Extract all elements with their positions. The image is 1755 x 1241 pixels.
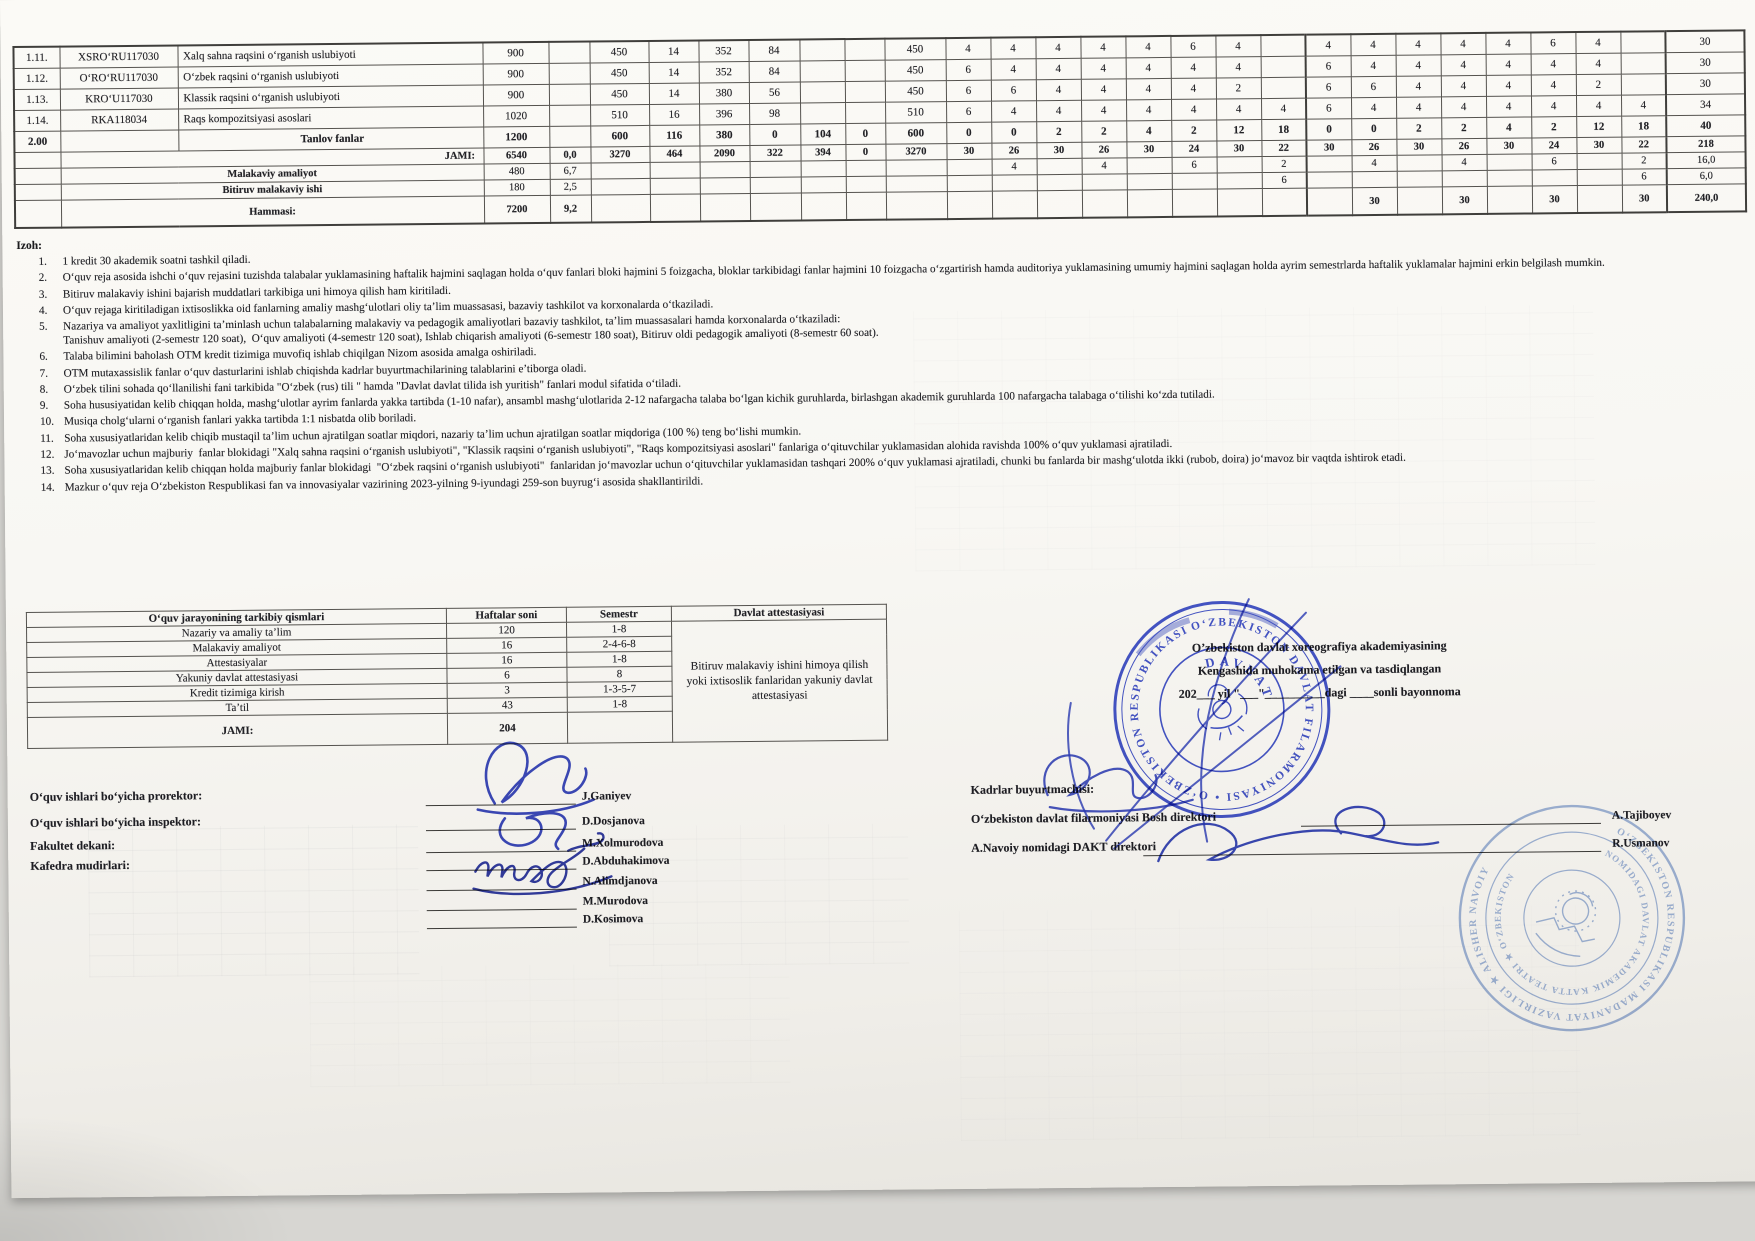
table-cell xyxy=(1127,173,1172,189)
table-cell: 450 xyxy=(885,81,946,103)
table-cell: 6 xyxy=(1172,157,1217,173)
label-kafedra: Kafedra mudirlari: xyxy=(30,858,130,874)
note-text: Musiqa cholg‘ularni o‘rganish fanlari ya… xyxy=(64,413,416,430)
table-cell: 1.13. xyxy=(14,89,60,110)
table-cell: 4 xyxy=(1396,55,1441,76)
table-cell: 4 xyxy=(1080,36,1125,58)
table-cell: 6 xyxy=(946,101,991,122)
note-text: 1 kredit 30 akademik soatni tashkil qila… xyxy=(62,254,250,270)
table-cell xyxy=(992,191,1037,219)
table-cell: 2 xyxy=(1036,121,1081,142)
table-cell: 6 xyxy=(447,667,567,683)
table-cell: 4 xyxy=(992,159,1037,175)
table-cell: 4 xyxy=(1395,33,1440,55)
table-cell: 322 xyxy=(749,145,800,161)
table-cell: 4 xyxy=(945,38,990,60)
table-cell: 2.00 xyxy=(14,131,60,152)
table-cell: 6 xyxy=(1170,36,1215,58)
curriculum-table: 1.11.XSRO‘RU117030Xalq sahna raqsini o‘r… xyxy=(12,29,1747,229)
table-cell: 0 xyxy=(749,124,800,145)
scanned-curriculum-document: { "doc": { "izoh_title": "Izoh:", "notes… xyxy=(0,0,1755,1241)
table-cell: 18 xyxy=(1621,116,1666,137)
table-cell xyxy=(1217,173,1262,189)
label-kadrlar: Kadrlar buyurtmachisi: xyxy=(971,782,1095,798)
table-cell xyxy=(700,193,750,221)
table-cell: 2,5 xyxy=(550,179,591,195)
table-cell xyxy=(1082,174,1127,190)
table-cell xyxy=(1397,171,1442,187)
table-cell xyxy=(591,178,650,195)
stamp-ring-text: O‘ZBEKISTON RESPUBLIKASI MADANIYAT VAZIR… xyxy=(1446,797,1698,1039)
table-cell: 0 xyxy=(1351,118,1396,139)
table-cell: 4 xyxy=(1081,79,1126,100)
table-cell xyxy=(650,162,700,178)
table-cell: 4 xyxy=(1531,54,1576,75)
table-cell: 4 xyxy=(1442,154,1487,170)
table-cell xyxy=(549,63,590,84)
signature-row: M.Xolmurodova xyxy=(426,833,663,849)
table-cell: 4 xyxy=(1171,57,1216,78)
table-cell: 12 xyxy=(1216,120,1261,141)
table-cell xyxy=(567,711,672,743)
table-cell: 4 xyxy=(1126,57,1171,78)
table-cell: 30 xyxy=(1396,139,1441,155)
notes-section: Izoh: 1.1 kredit 30 akademik soatni tash… xyxy=(16,223,1746,498)
table-cell xyxy=(1307,172,1352,188)
column-header: Semestr xyxy=(566,606,671,622)
table-cell: 450 xyxy=(590,83,649,105)
table-cell: 4 xyxy=(990,37,1035,59)
table-cell xyxy=(591,162,650,179)
signatory-name: N.Alimdjanova xyxy=(582,875,657,888)
table-cell: 352 xyxy=(698,40,748,62)
table-cell xyxy=(1532,170,1577,186)
table-cell xyxy=(1172,189,1217,217)
table-cell: 26 xyxy=(991,143,1036,159)
table-cell: 30 xyxy=(1442,186,1487,214)
table-cell: 26 xyxy=(1351,139,1396,155)
table-cell: 22 xyxy=(1261,140,1306,156)
table-cell: 1.11. xyxy=(13,47,59,69)
table-cell: 8 xyxy=(567,666,672,682)
table-cell: 4 xyxy=(1575,32,1620,54)
table-cell: 26 xyxy=(1081,142,1126,158)
table-cell: 56 xyxy=(749,82,800,103)
table-cell xyxy=(844,39,884,61)
table-cell: Klassik raqsini o‘rganish uslubiyoti xyxy=(178,85,483,109)
table-cell: 4 xyxy=(1441,75,1486,96)
table-cell: 4 xyxy=(1531,75,1576,96)
table-cell: 2 xyxy=(1576,74,1621,95)
table-cell: 84 xyxy=(748,40,799,62)
table-cell xyxy=(1577,185,1622,213)
table-cell: 352 xyxy=(699,61,749,82)
table-cell xyxy=(1260,35,1305,57)
note-number: 12. xyxy=(40,449,64,463)
table-cell: 2 xyxy=(1216,78,1261,99)
table-cell: 4 xyxy=(1486,117,1531,138)
table-cell xyxy=(1621,74,1666,95)
table-cell: 4 xyxy=(1352,155,1397,171)
table-cell: 180 xyxy=(484,179,550,196)
table-cell: 6 xyxy=(991,80,1036,101)
table-cell: 4 xyxy=(1576,53,1621,74)
table-cell xyxy=(1127,157,1172,173)
table-cell: O‘zbek raqsini o‘rganish uslubiyoti xyxy=(178,64,483,88)
note-number: 13. xyxy=(40,465,64,479)
table-cell: 450 xyxy=(884,38,945,60)
table-cell xyxy=(750,161,801,177)
bleed-through-grid xyxy=(309,963,790,1088)
table-cell: 30 xyxy=(1216,141,1261,157)
stamp-emblem xyxy=(1190,677,1255,744)
table-cell xyxy=(801,161,846,177)
note-number: 11. xyxy=(40,432,64,446)
table-cell: 4 xyxy=(991,59,1036,80)
note-text: Mazkur o‘quv reja O‘zbekiston Respublika… xyxy=(65,475,704,495)
table-cell: 4 xyxy=(1035,37,1080,59)
column-header: Haftalar soni xyxy=(446,607,566,623)
table-cell: 4 xyxy=(1126,120,1171,141)
signature-line xyxy=(427,915,577,929)
table-cell xyxy=(1217,157,1262,173)
table-cell: XSRO‘RU117030 xyxy=(59,45,177,68)
table-cell: 30 xyxy=(1622,185,1667,213)
table-cell xyxy=(1397,155,1442,171)
table-cell xyxy=(1082,190,1127,218)
table-cell: JAMI: xyxy=(27,713,447,748)
table-cell xyxy=(846,192,886,220)
table-cell xyxy=(886,192,947,220)
table-cell: 4 xyxy=(1396,76,1441,97)
table-cell: 30 xyxy=(1665,30,1744,52)
note-number: 6. xyxy=(39,351,63,365)
table-cell: Tanlov fanlar xyxy=(178,127,483,151)
label-inspektor: O‘quv ishlari bo‘yicha inspektor: xyxy=(30,814,201,831)
table-cell xyxy=(750,177,801,193)
table-cell: 14 xyxy=(649,62,699,83)
table-cell xyxy=(549,126,590,147)
table-cell: 30 xyxy=(1532,186,1577,214)
table-cell: 9,2 xyxy=(550,195,591,223)
signature-line xyxy=(426,792,576,806)
table-cell: 2 xyxy=(1622,153,1667,169)
table-cell: 600 xyxy=(885,123,946,145)
table-cell xyxy=(549,84,590,105)
signatory-name: D.Dosjanova xyxy=(582,815,645,828)
table-cell: 450 xyxy=(590,62,649,84)
table-cell xyxy=(1487,186,1532,214)
table-cell: 4 xyxy=(1486,75,1531,96)
table-cell xyxy=(60,130,178,152)
table-cell: 4 xyxy=(1485,32,1530,54)
table-cell xyxy=(801,193,846,221)
table-cell xyxy=(700,177,750,193)
table-cell: 0 xyxy=(845,123,885,144)
signatory-name: D.Kosimova xyxy=(583,913,643,926)
table-cell xyxy=(1621,53,1666,74)
table-cell xyxy=(799,39,844,61)
table-cell: 4 xyxy=(1441,96,1486,117)
table-cell: 450 xyxy=(885,60,946,82)
table-cell: 12 xyxy=(1576,116,1621,137)
table-cell: 396 xyxy=(699,103,749,124)
table-cell: 18 xyxy=(1261,119,1306,140)
table-cell: 30 xyxy=(946,143,991,159)
note-text: OTM mutaxassislik fanlar o‘quv dasturlar… xyxy=(64,362,587,381)
table-cell: 4 xyxy=(1351,97,1396,118)
table-cell: 30 xyxy=(1036,142,1081,158)
signatory-name: M.Xolmurodova xyxy=(582,837,663,850)
table-cell: 120 xyxy=(447,622,567,638)
table-cell xyxy=(548,42,589,64)
table-cell: 6 xyxy=(1622,169,1667,185)
table-cell: 4 xyxy=(1216,57,1261,78)
table-cell: 4 xyxy=(1126,78,1171,99)
table-cell: 900 xyxy=(482,42,548,64)
table-cell: 98 xyxy=(749,103,800,124)
table-cell: 16,0 xyxy=(1667,152,1746,169)
table-cell xyxy=(845,81,885,102)
table-cell xyxy=(1577,153,1622,169)
table-cell xyxy=(947,175,992,191)
table-cell xyxy=(1352,171,1397,187)
table-cell xyxy=(1037,158,1082,174)
table-cell: Bitiruv malakaviy ishini himoya qilish y… xyxy=(671,619,887,742)
table-cell: 2 xyxy=(1441,117,1486,138)
table-cell: KRO‘U117030 xyxy=(60,88,178,110)
table-cell xyxy=(1620,31,1665,53)
process-structure-table: O‘quv jarayonining tarkibiy qismlariHaft… xyxy=(26,604,888,749)
table-cell: 6 xyxy=(1306,98,1351,119)
table-cell: 6 xyxy=(946,59,991,80)
table-cell: 204 xyxy=(447,712,567,744)
note-number: 7. xyxy=(40,367,64,381)
table-cell xyxy=(750,193,801,221)
table-cell: 3 xyxy=(447,682,567,698)
svg-text:O‘ZBEKISTON RESPUBLIKASI MADAN: O‘ZBEKISTON RESPUBLIKASI MADANIYAT VAZIR… xyxy=(1446,797,1698,1039)
table-cell: 1-8 xyxy=(566,621,671,637)
table-cell: 218 xyxy=(1666,136,1745,153)
table-cell xyxy=(700,161,750,177)
table-cell: 480 xyxy=(484,163,550,180)
stamp-emblem-sun xyxy=(1529,879,1612,963)
table-cell xyxy=(1577,169,1622,185)
table-cell xyxy=(1217,189,1262,217)
table-cell xyxy=(549,105,590,126)
table-cell xyxy=(845,60,885,81)
signature-row: D.Kosimova xyxy=(427,909,643,925)
signatory-name: J.Ganiyev xyxy=(582,790,632,802)
note-number: 4. xyxy=(39,304,63,318)
table-cell: 510 xyxy=(885,102,946,124)
table-cell: 1-3-5-7 xyxy=(567,681,672,697)
signature-row: J.Ganiyev xyxy=(426,786,632,802)
note-number: 10. xyxy=(40,416,64,430)
table-cell xyxy=(15,200,61,228)
table-cell: 2090 xyxy=(699,145,749,161)
signature-line xyxy=(426,817,576,831)
table-cell: RKA118034 xyxy=(60,109,178,131)
table-cell xyxy=(1487,154,1532,170)
table-cell xyxy=(947,191,992,219)
table-cell: 1.14. xyxy=(14,110,60,131)
table-cell: 1.12. xyxy=(14,68,60,89)
table-cell xyxy=(992,175,1037,191)
table-cell: 4 xyxy=(1440,33,1485,55)
table-cell: Hammasi: xyxy=(61,196,484,228)
table-cell: 4 xyxy=(1261,98,1306,119)
table-cell: 4 xyxy=(1216,99,1261,120)
table-cell: 2 xyxy=(1171,120,1216,141)
table-cell: 0 xyxy=(1306,119,1351,140)
table-cell xyxy=(846,160,886,176)
table-cell: 4 xyxy=(1215,35,1260,57)
table-cell xyxy=(1037,190,1082,218)
table-cell: 84 xyxy=(749,61,800,82)
table-cell: 6 xyxy=(1262,172,1307,188)
signatory-name: D.Abduhakimova xyxy=(582,855,669,868)
table-cell xyxy=(801,177,846,193)
note-text: Bitiruv malakaviy ishini bajarish muddat… xyxy=(63,284,451,302)
note-number: 8. xyxy=(40,383,64,397)
table-cell xyxy=(800,61,845,82)
table-cell: 104 xyxy=(800,124,845,145)
bleed-through-grid xyxy=(88,824,419,977)
table-cell: 16 xyxy=(447,652,567,668)
table-cell: 6 xyxy=(1306,56,1351,77)
table-cell: Xalq sahna raqsini o‘rganish uslubiyoti xyxy=(177,43,482,67)
note-number: 9. xyxy=(40,400,64,414)
table-cell: 380 xyxy=(699,82,749,103)
note-number: 3. xyxy=(39,288,63,302)
table-cell: 30 xyxy=(1666,73,1745,95)
table-cell: 30 xyxy=(1486,138,1531,154)
table-cell xyxy=(1037,174,1082,190)
signatory-name: M.Murodova xyxy=(583,895,648,908)
table-cell xyxy=(1397,187,1442,215)
table-cell xyxy=(886,160,947,177)
table-cell: 4 xyxy=(1036,79,1081,100)
table-cell: 2 xyxy=(1531,117,1576,138)
table-cell: 6,0 xyxy=(1667,168,1746,185)
table-cell xyxy=(1307,156,1352,172)
table-cell: 4 xyxy=(1036,100,1081,121)
svg-text:O‘ZBEKISTON DAVLAT FILARMONIYA: O‘ZBEKISTON DAVLAT FILARMONIYASI • O‘ZBE… xyxy=(1092,579,1342,839)
table-cell: 30 xyxy=(1666,52,1745,74)
table-cell: 4 xyxy=(1486,54,1531,75)
table-cell xyxy=(15,168,61,184)
table-cell: 16 xyxy=(447,637,567,653)
table-cell: 116 xyxy=(649,125,699,146)
table-cell xyxy=(650,178,700,194)
table-cell: 4 xyxy=(1036,58,1081,79)
table-cell: 1-8 xyxy=(567,696,672,712)
table-cell: 16 xyxy=(649,104,699,125)
table-cell: 26 xyxy=(1441,138,1486,154)
table-cell xyxy=(1262,188,1307,216)
table-cell: 0,0 xyxy=(549,147,590,163)
table-cell: 30 xyxy=(1576,137,1621,153)
table-cell: 4 xyxy=(1576,95,1621,116)
table-cell: 1-8 xyxy=(567,651,672,667)
table-cell xyxy=(591,194,650,222)
table-cell: 34 xyxy=(1666,94,1745,116)
table-cell xyxy=(800,103,845,124)
table-cell: 900 xyxy=(483,84,549,106)
table-cell: 6 xyxy=(1351,76,1396,97)
table-cell: 6540 xyxy=(483,147,549,164)
table-cell: 7200 xyxy=(484,195,550,223)
label-prorektor: O‘quv ishlari bo‘yicha prorektor: xyxy=(30,788,203,805)
table-cell: 4 xyxy=(1081,58,1126,79)
table-cell: 1020 xyxy=(483,105,549,127)
table-cell xyxy=(846,176,886,192)
table-cell xyxy=(650,194,700,222)
table-cell: 510 xyxy=(590,104,649,126)
note-number: 2. xyxy=(39,272,63,286)
table-cell: 3270 xyxy=(590,146,649,163)
table-cell xyxy=(1172,173,1217,189)
table-cell: 6 xyxy=(1532,154,1577,170)
table-cell: 4 xyxy=(1621,95,1666,116)
table-cell: O‘RO‘RU117030 xyxy=(60,67,178,89)
notes-list: 1.1 kredit 30 akademik soatni tashkil qi… xyxy=(16,239,1746,495)
table-cell: 3270 xyxy=(885,144,946,161)
table-cell: 4 xyxy=(1486,96,1531,117)
table-cell: 4 xyxy=(1396,97,1441,118)
table-cell: 2 xyxy=(1396,118,1441,139)
table-cell: 6 xyxy=(946,80,991,101)
table-cell xyxy=(1127,189,1172,217)
table-cell: Raqs kompozitsiyasi asoslari xyxy=(178,106,483,130)
signature-row: M.Murodova xyxy=(427,891,648,907)
document-page: 1.11.XSRO‘RU117030Xalq sahna raqsini o‘r… xyxy=(0,0,1755,1198)
table-cell: 0 xyxy=(845,144,885,160)
signature-line xyxy=(426,877,576,891)
table-cell: 900 xyxy=(483,63,549,85)
table-cell: 30 xyxy=(1126,141,1171,157)
table-cell: 394 xyxy=(800,145,845,161)
table-cell: 4 xyxy=(1350,34,1395,56)
table-cell: 22 xyxy=(1621,137,1666,153)
note-number: 1. xyxy=(38,256,62,270)
table-cell: 40 xyxy=(1666,115,1745,137)
table-cell xyxy=(1487,170,1532,186)
table-cell: 0 xyxy=(991,122,1036,143)
table-cell xyxy=(1442,170,1487,186)
table-cell: 380 xyxy=(699,124,749,145)
table-cell: 4 xyxy=(1082,158,1127,174)
table-cell: 30 xyxy=(1306,140,1351,156)
table-cell xyxy=(1307,188,1352,216)
table-cell xyxy=(947,159,992,175)
signature-row: D.Dosjanova xyxy=(426,811,645,827)
table-cell: 4 xyxy=(1171,99,1216,120)
signature-row: N.Alimdjanova xyxy=(426,871,657,887)
table-cell: 4 xyxy=(1126,99,1171,120)
table-cell: 4 xyxy=(1125,36,1170,58)
table-cell: 464 xyxy=(649,146,699,162)
table-cell: 450 xyxy=(589,41,648,63)
svg-text:NOMIDAGI DAVLAT AKADEMIK KATTA: NOMIDAGI DAVLAT AKADEMIK KATTA TEATRI ★ … xyxy=(1465,811,1678,1024)
philharmonic-round-stamp: O‘ZBEKISTON DAVLAT FILARMONIYASI • O‘ZBE… xyxy=(1092,579,1352,839)
table-cell: 0 xyxy=(946,122,991,143)
note-number: 14. xyxy=(41,481,65,495)
stamp-arc-text: DAVLAT xyxy=(1202,637,1277,717)
note-number: 5. xyxy=(39,321,63,349)
table-cell: 4 xyxy=(1351,55,1396,76)
